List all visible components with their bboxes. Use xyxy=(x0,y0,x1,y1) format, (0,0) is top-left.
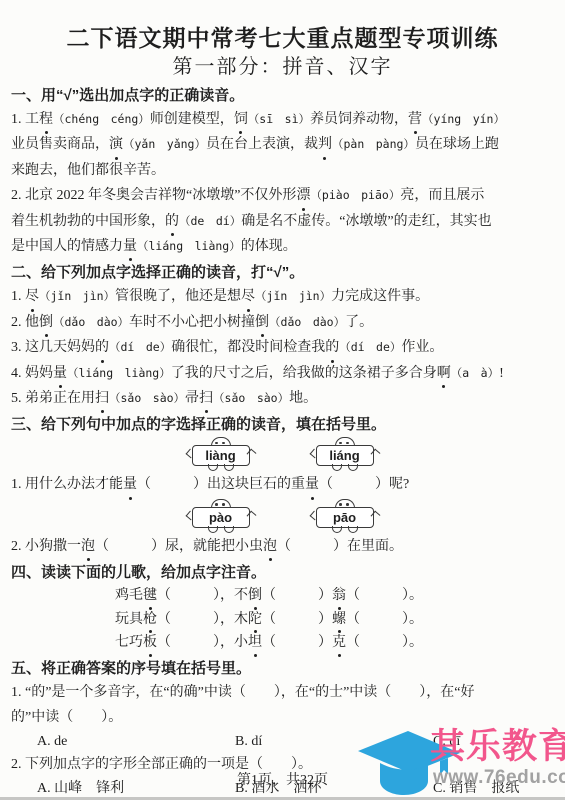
text-run: 2. 小狗撒一 xyxy=(11,539,81,554)
robot-sign-label: pāo xyxy=(316,507,374,528)
pinyin-badges-row: liàngliáng xyxy=(11,437,554,471)
section-heading: 三、给下列句中加点的字选择正确的读音，填在括号里。 xyxy=(11,414,554,436)
text-run: （ ）出这块巨石的重 xyxy=(137,477,305,492)
question-line: 是中国人的情感力量（liáng liàng）的体现。 xyxy=(11,234,554,259)
text-run: 车时不小心把小树撞 xyxy=(129,315,255,330)
robot-feet-icon xyxy=(332,526,358,533)
text-run: 了我的尺寸之后，给我做的这条裙子多合身 xyxy=(171,366,437,381)
dotted-char: 啊 xyxy=(437,361,451,386)
question-line: 2. 他倒（dǎo dào）车时不小心把小树撞倒（dǎo dào）了。 xyxy=(11,310,554,335)
text-run: 养员饲养动物， xyxy=(310,112,408,127)
dotted-char: 倒 xyxy=(255,310,269,335)
dotted-char: 量 xyxy=(53,361,67,386)
text-run: 作业。 xyxy=(401,340,443,355)
dotted-char: 泡 xyxy=(81,534,95,559)
question-line: 1. 用什么办法才能量（ ）出这块巨石的重量（ ）呢? xyxy=(11,472,554,497)
text-run: 1. “的”是一个多音字，在“的确”中读（ ），在“的士”中读（ ），在“好 xyxy=(11,685,475,700)
watermark-url: www.76edu.com xyxy=(433,767,565,789)
text-run: （pàn pàng） xyxy=(332,137,415,151)
robot-feet-icon xyxy=(208,464,234,471)
question-line: 1. “的”是一个多音字，在“的确”中读（ ），在“的士”中读（ ），在“好 xyxy=(11,680,554,705)
text-run: （ ）尿，就能把小虫 xyxy=(95,539,263,554)
dotted-char: 量 xyxy=(123,234,137,259)
question-line: 2. 北京 2022 年冬奥会吉祥物“冰墩墩”不仅外形漂（piào piāo）亮… xyxy=(11,183,554,208)
pinyin-robot-badge: pào xyxy=(188,499,254,533)
pinyin-badges-row: pàopāo xyxy=(11,499,554,533)
question-line: 5. 弟弟正在用扫（sǎo sào）帚扫（sǎo sào）地。 xyxy=(11,386,554,411)
worksheet-page: 二下语文期中常考七大重点题型专项训练 第一部分：拼音、汉字 一、用“√”选出加点… xyxy=(0,0,565,799)
text-run: （sǎo sào） xyxy=(109,391,185,405)
dotted-char: 的 xyxy=(325,335,339,360)
text-run: 确是名不虚传。“冰墩墩”的走红，其实也 xyxy=(241,214,491,229)
section-heading: 二、给下列加点字选择正确的读音，打“√”。 xyxy=(11,262,554,284)
dotted-char: 坦 xyxy=(248,631,262,655)
robot-sign-label: liáng xyxy=(316,445,374,466)
robot-feet-icon xyxy=(332,464,358,471)
question-line: 来跑去，他们都很辛苦。 xyxy=(11,158,554,183)
text-run: （dí de） xyxy=(339,340,401,354)
text-run: B. dí xyxy=(235,734,262,749)
text-run: （ ），小 xyxy=(157,635,248,650)
text-run: 2. 北京 2022 年冬奥会吉祥物“冰墩墩”不仅外形 xyxy=(11,188,296,203)
text-run: （chéng céng） xyxy=(53,112,150,126)
section-heading: 一、用“√”选出加点字的正确读音。 xyxy=(11,85,554,107)
question-line: 4. 妈妈量（liáng liàng）了我的尺寸之后，给我做的这条裙子多合身啊（… xyxy=(11,361,554,386)
dotted-char: 翁 xyxy=(332,584,346,608)
text-run: 业员售卖商品， xyxy=(11,137,109,152)
text-run: （ ）。 xyxy=(346,635,423,650)
text-run: A. de xyxy=(37,734,67,749)
dotted-char: 量 xyxy=(305,472,319,497)
text-run: 力完成这件事。 xyxy=(331,289,429,304)
text-run: 帚 xyxy=(185,391,199,406)
page-subtitle: 第一部分：拼音、汉字 xyxy=(11,53,554,82)
text-run: （ ）呢? xyxy=(319,477,409,492)
text-run: 员在台上表演，裁 xyxy=(206,137,318,152)
text-run: （dí de） xyxy=(109,340,171,354)
text-run: ! xyxy=(499,366,504,381)
text-run: 员在球场上跑 xyxy=(415,137,499,152)
text-run: （jǐn jìn） xyxy=(39,289,115,303)
text-run: 着生机勃勃的中国形象， xyxy=(11,214,165,229)
text-run: 是中国人的情感力 xyxy=(11,239,123,254)
text-run: 5. 弟弟正在用 xyxy=(11,391,95,406)
question-line: 3. 这几天妈妈的（dí de）确很忙，都没时间检查我的（dí de）作业。 xyxy=(11,335,554,360)
text-run: （liáng liàng） xyxy=(137,239,241,253)
dotted-char: 扫 xyxy=(199,386,213,411)
page-title: 二下语文期中常考七大重点题型专项训练 xyxy=(11,24,554,53)
dotted-char: 漂 xyxy=(296,183,310,208)
pinyin-robot-badge: liáng xyxy=(312,437,378,471)
text-run: （ ）。 xyxy=(346,588,423,603)
text-run: （ ）。 xyxy=(346,612,423,627)
dotted-char: 克 xyxy=(332,631,346,655)
text-run: 管很晚了，他还是想 xyxy=(115,289,241,304)
text-run: （ ） xyxy=(262,612,332,627)
text-run: 1. xyxy=(11,289,25,304)
dotted-char: 板 xyxy=(143,631,157,655)
text-run: （sī sì） xyxy=(248,112,310,126)
dotted-char: 营 xyxy=(408,107,422,132)
text-run: （yíng yín） xyxy=(422,112,505,126)
section-heading: 五、将正确答案的序号填在括号里。 xyxy=(11,658,554,680)
text-run: （ ） xyxy=(262,588,332,603)
text-run: 的体现。 xyxy=(241,239,297,254)
text-run: （a à） xyxy=(451,366,499,380)
text-run: （de dí） xyxy=(179,214,241,228)
pinyin-robot-badge: liàng xyxy=(188,437,254,471)
dotted-char: 毽 xyxy=(143,584,157,608)
text-run: 4. 妈妈 xyxy=(11,366,53,381)
text-run: （ ） xyxy=(262,635,332,650)
watermark-brand: 其乐教育 xyxy=(430,727,565,767)
dotted-char: 的 xyxy=(165,209,179,234)
question-line: 1. 尽（jǐn jìn）管很晚了，他还是想尽（jǐn jìn）力完成这件事。 xyxy=(11,284,554,309)
option-item: A. de xyxy=(37,731,235,753)
rhyme-line: 七巧板（ ），小坦（ ）克（ ）。 xyxy=(115,631,554,655)
pinyin-robot-badge: pāo xyxy=(312,499,378,533)
text-run: 玩具 xyxy=(115,612,143,627)
text-run: （dǎo dào） xyxy=(269,315,345,329)
dotted-char: 倒 xyxy=(248,584,262,608)
text-run: （dǎo dào） xyxy=(53,315,129,329)
dotted-char: 陀 xyxy=(248,608,262,632)
dotted-char: 量 xyxy=(123,472,137,497)
dotted-char: 尽 xyxy=(25,284,39,309)
dotted-char: 的 xyxy=(95,335,109,360)
text-run: （sǎo sào） xyxy=(213,391,289,405)
text-run: 1. 工 xyxy=(11,112,39,127)
text-run: （ ）在里面。 xyxy=(277,539,403,554)
text-run: 地。 xyxy=(289,391,317,406)
text-run: （ ），不 xyxy=(157,588,248,603)
text-run: 确很忙，都没时间检查我 xyxy=(171,340,325,355)
dotted-char: 倒 xyxy=(39,310,53,335)
dotted-char: 螺 xyxy=(332,608,346,632)
text-run: （jǐn jìn） xyxy=(255,289,331,303)
text-run: （yǎn yǎng） xyxy=(123,137,206,151)
rhyme-line: 鸡毛毽（ ），不倒（ ）翁（ ）。 xyxy=(115,584,554,608)
robot-feet-icon xyxy=(208,526,234,533)
question-line: 业员售卖商品，演（yǎn yǎng）员在台上表演，裁判（pàn pàng）员在球… xyxy=(11,132,554,157)
text-run: 1. 用什么办法才能 xyxy=(11,477,123,492)
text-run: （piào piāo） xyxy=(310,188,400,202)
dotted-char: 尽 xyxy=(241,284,255,309)
text-run: 的”中读（ ）。 xyxy=(11,710,122,725)
sections: 一、用“√”选出加点字的正确读音。1. 工程（chéng céng）师创建模型，… xyxy=(11,85,554,799)
text-run: 师创建模型， xyxy=(150,112,234,127)
text-run: 了。 xyxy=(345,315,373,330)
robot-sign-label: liàng xyxy=(192,445,250,466)
text-run: （ ），木 xyxy=(157,612,248,627)
question-line: 着生机勃勃的中国形象，的（de dí）确是名不虚传。“冰墩墩”的走红，其实也 xyxy=(11,209,554,234)
dotted-char: 程 xyxy=(39,107,53,132)
dotted-char: 扫 xyxy=(95,386,109,411)
question-line: 2. 小狗撒一泡（ ）尿，就能把小虫泡（ ）在里面。 xyxy=(11,534,554,559)
watermark: 其乐教育 www.76edu.com xyxy=(358,729,565,797)
dotted-char: 枪 xyxy=(143,608,157,632)
dotted-char: 泡 xyxy=(263,534,277,559)
text-run: 亮，而且展示 xyxy=(400,188,484,203)
text-run: 鸡毛 xyxy=(115,588,143,603)
text-run: 七巧 xyxy=(115,635,143,650)
text-run: 2. 他 xyxy=(11,315,39,330)
rhyme-line: 玩具枪（ ），木陀（ ）螺（ ）。 xyxy=(115,608,554,632)
dotted-char: 演 xyxy=(109,132,123,157)
question-line: 1. 工程（chéng céng）师创建模型，饲（sī sì）养员饲养动物，营（… xyxy=(11,107,554,132)
text-run: （liáng liàng） xyxy=(67,366,171,380)
text-run: 来跑去，他们都很辛苦。 xyxy=(11,163,165,178)
robot-sign-label: pào xyxy=(192,507,250,528)
section-heading: 四、读读下面的儿歌，给加点字注音。 xyxy=(11,562,554,584)
dotted-char: 饲 xyxy=(234,107,248,132)
text-run: 3. 这几天妈妈 xyxy=(11,340,95,355)
dotted-char: 判 xyxy=(318,132,332,157)
